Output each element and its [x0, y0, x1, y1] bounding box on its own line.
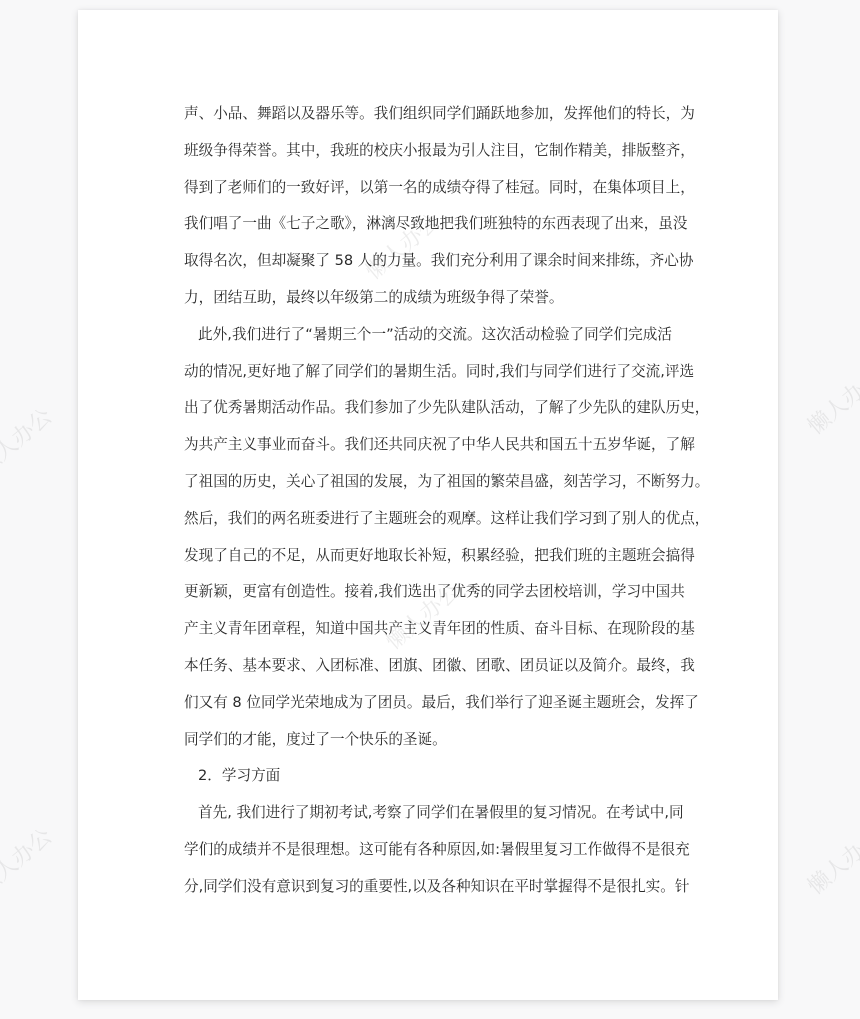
text-line: 产主义青年团章程，知道中国共产主义青年团的性质、奋斗目标、在现阶段的基: [184, 616, 672, 653]
text-line: 们又有 8 位同学光荣地成为了团员。最后，我们举行了迎圣诞主题班会，发挥了: [184, 690, 672, 727]
text-line: 班级争得荣誉。其中，我班的校庆小报最为引人注目，它制作精美，排版整齐，: [184, 138, 672, 175]
text-line: 出了优秀暑期活动作品。我们参加了少先队建队活动，了解了少先队的建队历史，: [184, 395, 672, 432]
text-line: 我们唱了一曲《七子之歌》，淋漓尽致地把我们班独特的东西表现了出来，虽没: [184, 211, 672, 248]
text-line: 然后，我们的两名班委进行了主题班会的观摩。这样让我们学习到了别人的优点，: [184, 506, 672, 543]
text-line: 分,同学们没有意识到复习的重要性,以及各种知识在平时掌握得不是很扎实。针: [184, 874, 672, 911]
text-line: 得到了老师们的一致好评，以第一名的成绩夺得了桂冠。同时，在集体项目上，: [184, 175, 672, 212]
text-line: 发现了自己的不足，从而更好地取长补短，积累经验，把我们班的主题班会搞得: [184, 543, 672, 580]
text-line: 声、小品、舞蹈以及器乐等。我们组织同学们踊跃地参加，发挥他们的特长，为: [184, 101, 672, 138]
text-line: 力，团结互助，最终以年级第二的成绩为班级争得了荣誉。: [184, 285, 672, 322]
text-line: 为共产主义事业而奋斗。我们还共同庆祝了中华人民共和国五十五岁华诞，了解: [184, 432, 672, 469]
paragraph-start: 此外,我们进行了“暑期三个一”活动的交流。这次活动检验了同学们完成活: [184, 322, 672, 359]
watermark: 懒人办公: [0, 820, 58, 900]
text-line: 学们的成绩并不是很理想。这可能有各种原因,如:暑假里复习工作做得不是很充: [184, 837, 672, 874]
watermark: 懒人办公: [800, 820, 860, 900]
paragraph-start: 首先, 我们进行了期初考试,考察了同学们在暑假里的复习情况。在考试中,同: [184, 800, 672, 837]
document-body: 声、小品、舞蹈以及器乐等。我们组织同学们踊跃地参加，发挥他们的特长，为 班级争得…: [184, 101, 672, 911]
document-page: 懒人办公 懒人办公 声、小品、舞蹈以及器乐等。我们组织同学们踊跃地参加，发挥他们…: [78, 10, 778, 1000]
watermark: 懒人办公: [0, 400, 58, 480]
text-line: 取得名次，但却凝聚了 58 人的力量。我们充分利用了课余时间来排练，齐心协: [184, 248, 672, 285]
text-line: 动的情况,更好地了解了同学们的暑期生活。同时,我们与同学们进行了交流,评选: [184, 359, 672, 396]
text-line: 了祖国的历史，关心了祖国的发展，为了祖国的繁荣昌盛，刻苦学习，不断努力。: [184, 469, 672, 506]
text-line: 本任务、基本要求、入团标准、团旗、团徽、团歌、团员证以及简介。最终，我: [184, 653, 672, 690]
text-line: 更新颖，更富有创造性。接着,我们选出了优秀的同学去团校培训，学习中国共: [184, 579, 672, 616]
section-heading: 2．学习方面: [184, 763, 672, 800]
watermark: 懒人办公: [800, 360, 860, 440]
text-line: 同学们的才能，度过了一个快乐的圣诞。: [184, 727, 672, 764]
